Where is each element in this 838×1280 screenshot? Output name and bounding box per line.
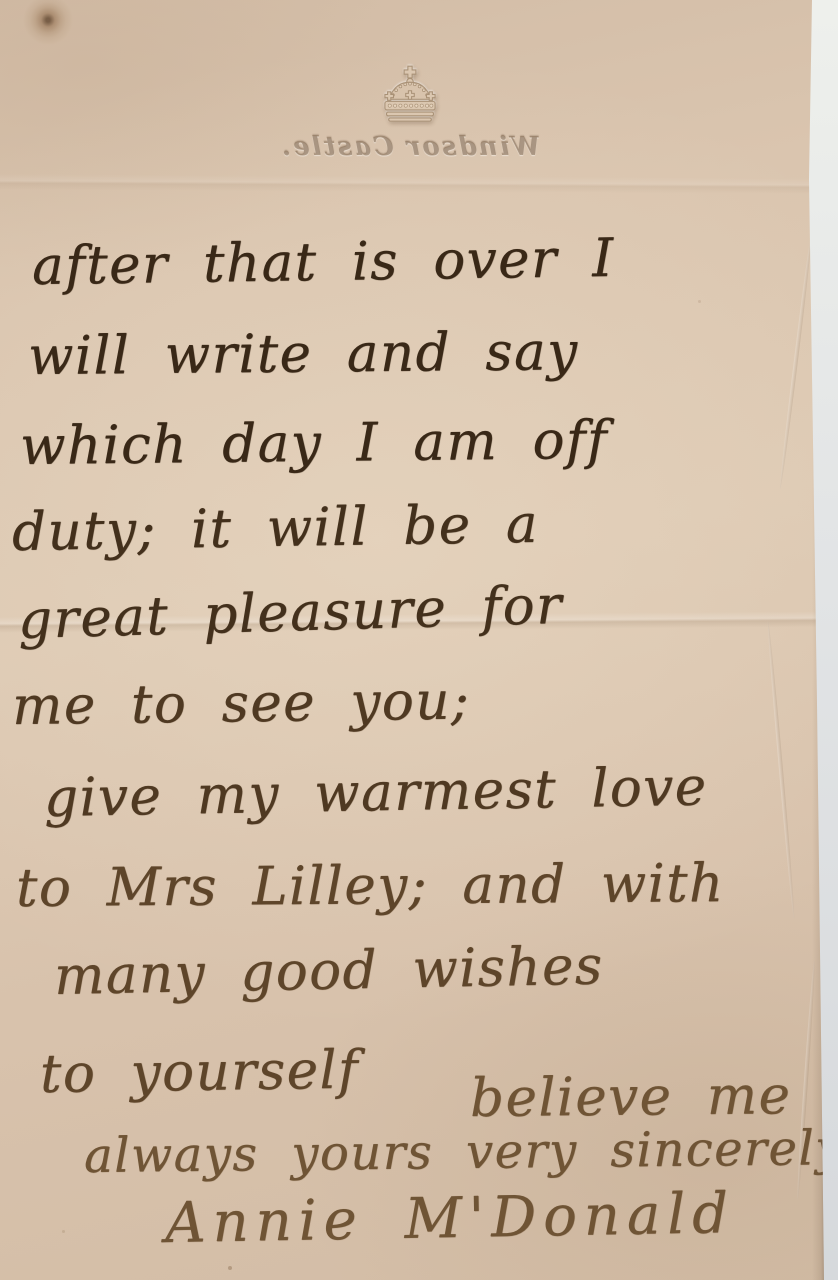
handwritten-line: great pleasure for xyxy=(17,579,563,647)
handwritten-line: me to see you; xyxy=(12,674,471,733)
handwritten-line: which day I am off xyxy=(20,414,609,473)
handwritten-line: to Mrs Lilley; and with xyxy=(16,857,725,915)
closing-line: always yours very sincerely xyxy=(84,1124,838,1180)
paper-speck xyxy=(698,300,701,303)
handwritten-line: will write and say xyxy=(28,325,579,383)
paper-wrinkle xyxy=(766,620,796,919)
handwritten-line: to yourself xyxy=(40,1044,360,1101)
paper-speck xyxy=(62,1230,65,1233)
letterhead: Windsor Castle. xyxy=(0,64,820,162)
paper-crease xyxy=(0,174,820,194)
paper-speck xyxy=(228,1266,232,1270)
paper-stain xyxy=(22,0,74,46)
paper-edge xyxy=(812,0,824,1280)
handwritten-line: believe me xyxy=(470,1069,792,1125)
letterhead-text: Windsor Castle. xyxy=(280,132,540,162)
handwritten-line: after that is over I xyxy=(32,232,615,293)
paper-wrinkle xyxy=(778,231,814,490)
handwritten-line: duty; it will be a xyxy=(12,498,540,559)
handwritten-line: many good wishes xyxy=(53,939,603,1003)
letter-page: Windsor Castle. after that is over I wil… xyxy=(0,0,838,1280)
signature: Annie M'Donald xyxy=(165,1186,736,1252)
crown-icon xyxy=(378,64,442,126)
handwritten-line: give my warmest love xyxy=(44,760,708,825)
